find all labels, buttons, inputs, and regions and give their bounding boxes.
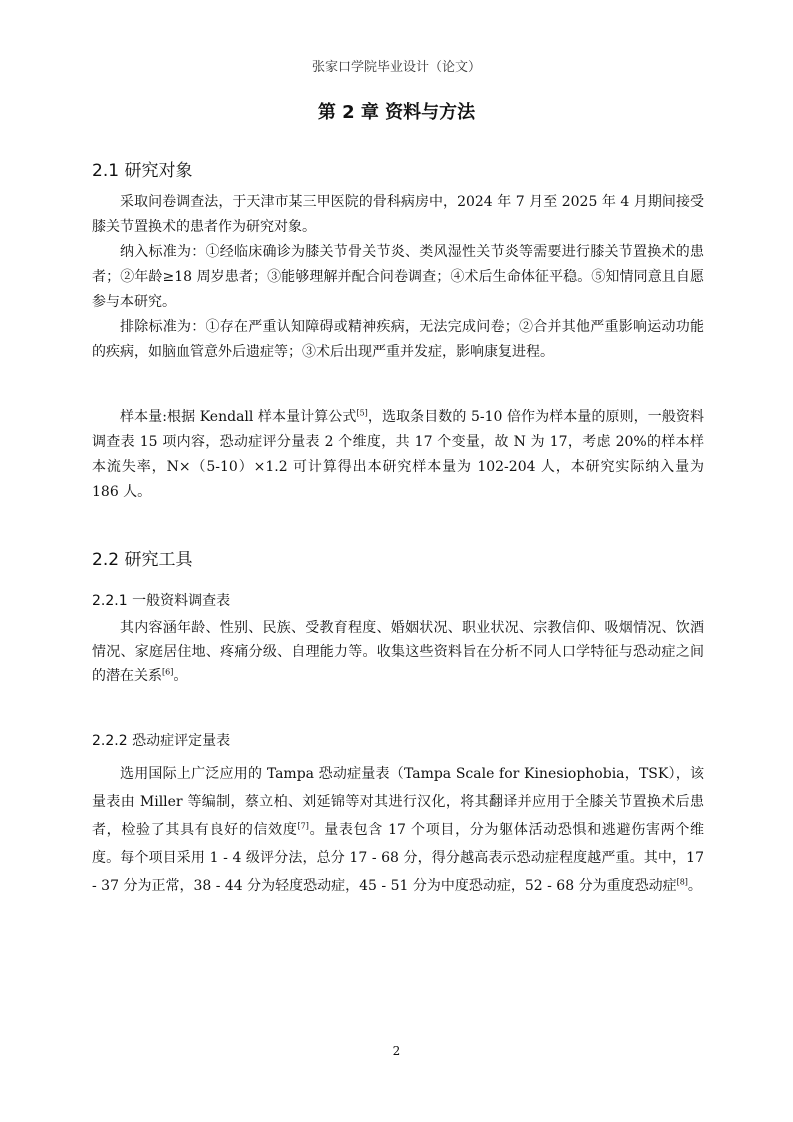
running-header: 张家口学院毕业设计（论文） xyxy=(0,56,793,75)
subsection-heading-2-2-2: 2.2.2 恐动症评定量表 xyxy=(92,730,230,750)
subsection-heading-2-2-1: 2.2.1 一般资料调查表 xyxy=(92,590,230,610)
paragraph-sample-size: 样本量:根据 Kendall 样本量计算公式[5]，选取条目数的 5-10 倍作… xyxy=(92,405,704,505)
citation-6: [6] xyxy=(162,667,173,676)
paragraph-general-info: 其内容涵年龄、性别、民族、受教育程度、婚姻状况、职业状况、宗教信仰、吸烟情况、饮… xyxy=(92,616,704,688)
citation-7: [7] xyxy=(298,821,309,830)
paragraph-exclusion-criteria: 排除标准为：①存在严重认知障碍或精神疾病，无法完成问卷；②合并其他严重影响运动功… xyxy=(92,315,704,365)
section-heading-2-1: 2.1 研究对象 xyxy=(92,156,192,181)
tsk-text-3: 。 xyxy=(688,878,702,894)
page-number: 2 xyxy=(0,1044,793,1058)
sample-size-text: 样本量:根据 Kendall 样本量计算公式 xyxy=(120,409,356,425)
chapter-title: 第 2 章 资料与方法 xyxy=(0,98,793,124)
section-heading-2-2: 2.2 研究工具 xyxy=(92,545,192,570)
citation-5: [5] xyxy=(356,408,367,417)
paragraph-tsk-scale: 选用国际上广泛应用的 Tampa 恐动症量表（Tampa Scale for K… xyxy=(92,760,704,900)
paragraph-inclusion-criteria: 纳入标准为：①经临床确诊为膝关节骨关节炎、类风湿性关节炎等需要进行膝关节置换术的… xyxy=(92,240,704,315)
paragraph-study-subjects: 采取问卷调查法，于天津市某三甲医院的骨科病房中，2024 年 7 月至 2025… xyxy=(92,190,704,240)
citation-8: [8] xyxy=(677,877,688,886)
general-info-end: 。 xyxy=(173,668,187,684)
